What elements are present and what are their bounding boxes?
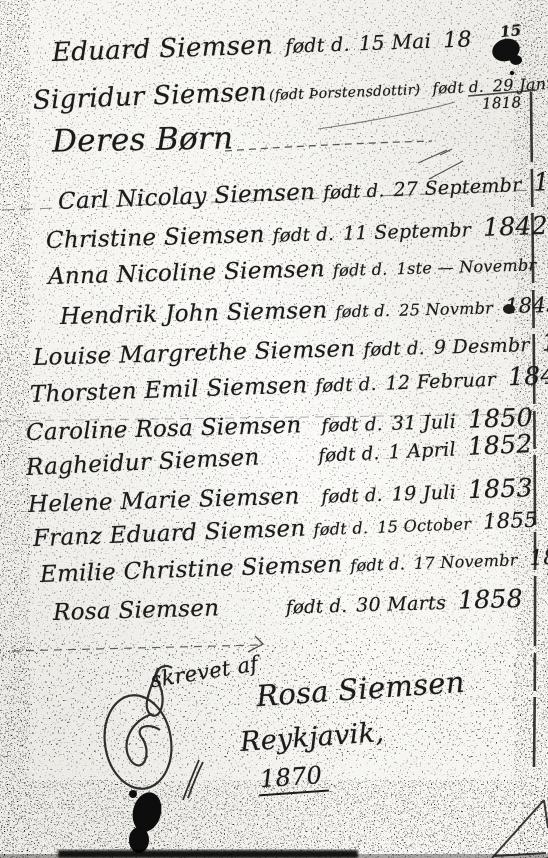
scanned-document-page: 15 Eduard Siemsen født d. 15 Mai 18 Sigr… <box>0 0 548 858</box>
born-label: født d. <box>432 78 484 98</box>
born-label: født d. <box>286 596 348 619</box>
born-label: født d. <box>335 301 390 321</box>
birth-date: 15 Mai <box>358 29 431 56</box>
born-label: født d. <box>323 180 385 203</box>
birth-year: 1858 <box>458 584 524 615</box>
birth-date: 27 Septembr <box>393 174 522 201</box>
spacer <box>260 462 319 465</box>
born-label: født d. <box>318 443 380 467</box>
born-label: født d. <box>321 485 383 508</box>
birth-date: 9 Desmbr <box>433 334 530 359</box>
birth-date: 19 Juli <box>391 482 456 506</box>
born-label: født d. <box>333 260 388 281</box>
birth-date: 17 Novembr <box>414 550 518 573</box>
birth-year: 1855 <box>483 508 539 534</box>
birth-year: 1842 <box>483 211 548 242</box>
children-heading: Deres Børn <box>52 120 234 159</box>
born-label: født d. <box>285 34 350 58</box>
born-label: født d. <box>315 374 377 397</box>
birth-date: 29 Janua <box>492 74 548 96</box>
scan-edge-shadow-faint <box>0 854 548 858</box>
birth-date: 12 Februar <box>385 369 496 395</box>
dash-line-arrow <box>12 645 260 651</box>
birth-date: 1 April <box>388 438 456 463</box>
birth-year: 1848 <box>507 360 548 391</box>
birth-year: 1818 <box>482 93 522 112</box>
corner-fold-mark <box>492 800 548 858</box>
pen-flourish <box>318 102 455 129</box>
spacer <box>302 432 322 433</box>
birth-date: 11 Septembr <box>343 219 472 245</box>
born-label: født d. <box>321 414 383 437</box>
birth-date: 25 Novmbr <box>399 298 493 319</box>
birth-year-partial: 18 <box>443 27 472 53</box>
spacer <box>300 503 322 504</box>
birth-year: 1845 <box>505 293 548 318</box>
birth-year: 1852 <box>467 429 533 461</box>
birth-year: 1846 <box>541 326 548 357</box>
arrow-tick <box>248 636 263 652</box>
birth-date: 1ste — Novembr <box>396 255 536 278</box>
born-label: født d. <box>350 554 405 575</box>
maiden-name-note: (født Þorstensdottir) <box>269 82 421 104</box>
dash-line <box>225 141 432 151</box>
year-line: 1870 <box>257 761 329 797</box>
birth-year: 1856 <box>529 544 548 570</box>
born-label: født d. <box>313 518 368 539</box>
ink-blot-bottom <box>129 789 166 853</box>
birth-date: 30 Marts <box>356 592 446 617</box>
born-label: født d. <box>272 224 334 247</box>
birth-date: 31 Juli <box>391 411 456 435</box>
birth-year: 1853 <box>467 473 533 504</box>
child-name: Rosa Siemsen <box>53 595 220 626</box>
born-label: født d. <box>363 338 425 361</box>
birth-date: 15 October <box>377 514 472 537</box>
page-number: 15 <box>499 21 522 41</box>
spacer <box>220 613 287 615</box>
birth-year: 1841 <box>533 165 548 196</box>
